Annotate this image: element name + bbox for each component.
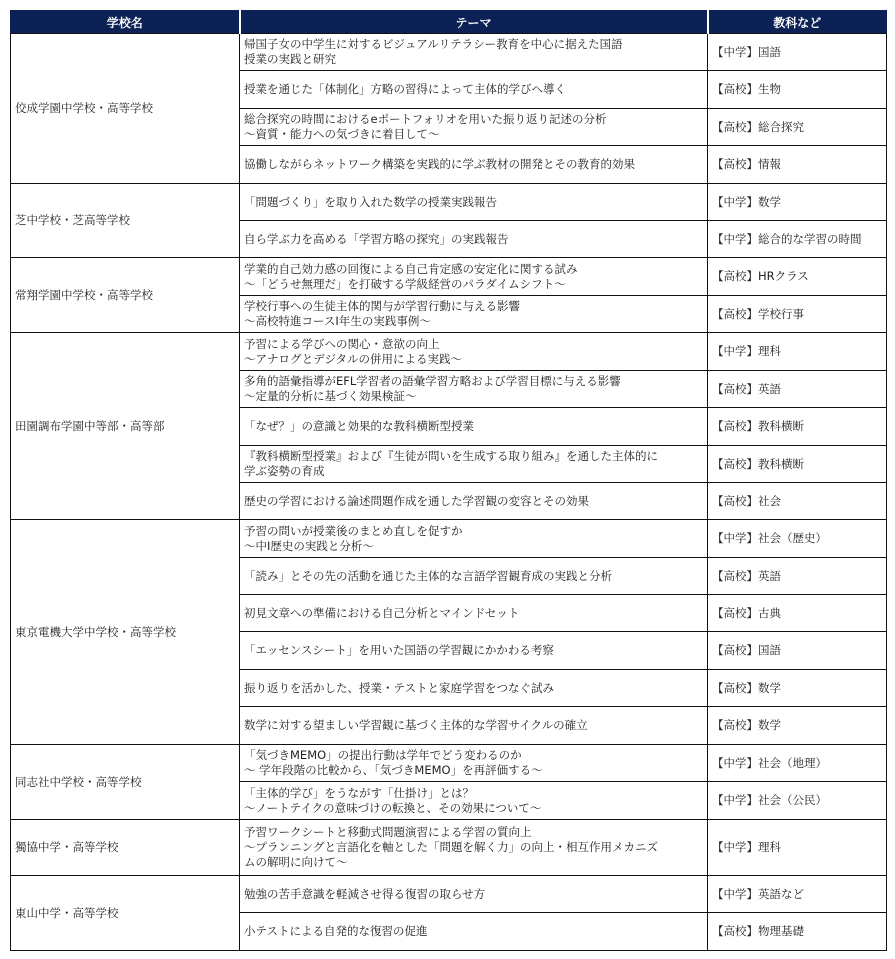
table-row: 佼成学園中学校・高等学校帰国子女の中学生に対するビジュアルリテラシー教育を中心に… <box>11 34 887 71</box>
school-name-cell: 獨協中学・高等学校 <box>11 820 240 876</box>
theme-cell: 「なぜ？」の意識と効果的な教科横断型授業 <box>240 408 708 446</box>
theme-cell: 「エッセンスシート」を用いた国語の学習観にかかわる考察 <box>240 632 708 670</box>
table-header-row: 学校名 テーマ 教科など <box>11 11 887 34</box>
theme-cell: 総合探究の時間におけるeポートフォリオを用いた振り返り記述の分析 ～資質・能力へ… <box>240 109 708 146</box>
school-name-cell: 東京電機大学中学校・高等学校 <box>11 520 240 745</box>
research-theme-table: 学校名 テーマ 教科など 佼成学園中学校・高等学校帰国子女の中学生に対するビジュ… <box>10 10 887 951</box>
theme-cell: 「主体的学び」をうながす「仕掛け」とは？ ～ノートテイクの意味づけの転換と、その… <box>240 782 708 820</box>
subject-cell: 【高校】物理基礎 <box>708 913 887 951</box>
subject-cell: 【中学】社会（公民） <box>708 782 887 820</box>
subject-cell: 【中学】英語など <box>708 876 887 913</box>
theme-cell: 予習による学びへの関心・意欲の向上 ～アナログとデジタルの併用による実践～ <box>240 333 708 371</box>
school-name-cell: 常翔学園中学校・高等学校 <box>11 258 240 333</box>
subject-cell: 【高校】英語 <box>708 558 887 595</box>
theme-cell: 数学に対する望ましい学習観に基づく主体的な学習サイクルの確立 <box>240 707 708 745</box>
theme-cell: 「読み」とその先の活動を通じた主体的な言語学習観育成の実践と分析 <box>240 558 708 595</box>
table-row: 東京電機大学中学校・高等学校予習の問いが授業後のまとめ直しを促すか ～中Ⅰ歴史の… <box>11 520 887 558</box>
subject-cell: 【高校】HRクラス <box>708 258 887 296</box>
subject-cell: 【高校】生物 <box>708 71 887 109</box>
subject-cell: 【中学】社会（歴史） <box>708 520 887 558</box>
subject-cell: 【中学】理科 <box>708 333 887 371</box>
school-name-cell: 東山中学・高等学校 <box>11 876 240 951</box>
table-body: 佼成学園中学校・高等学校帰国子女の中学生に対するビジュアルリテラシー教育を中心に… <box>11 34 887 951</box>
theme-cell: 学校行事への生徒主体的関与が学習行動に与える影響 ～高校特進コースⅠ年生の実践事… <box>240 296 708 333</box>
theme-cell: 学業的自己効力感の回復による自己肯定感の安定化に関する試み ～「どうせ無理だ」を… <box>240 258 708 296</box>
table-row: 同志社中学校・高等学校「気づきMEMO」の提出行動は学年でどう変わるのか ～ 学… <box>11 745 887 782</box>
subject-cell: 【高校】学校行事 <box>708 296 887 333</box>
subject-cell: 【中学】国語 <box>708 34 887 71</box>
table-row: 常翔学園中学校・高等学校 学業的自己効力感の回復による自己肯定感の安定化に関する… <box>11 258 887 296</box>
theme-cell: 「気づきMEMO」の提出行動は学年でどう変わるのか ～ 学年段階の比較から、「気… <box>240 745 708 782</box>
subject-cell: 【高校】情報 <box>708 146 887 184</box>
subject-cell: 【高校】古典 <box>708 595 887 632</box>
subject-cell: 【中学】数学 <box>708 184 887 221</box>
school-name-cell: 佼成学園中学校・高等学校 <box>11 34 240 184</box>
table-row: 芝中学校・芝高等学校「問題づくり」を取り入れた数学の授業実践報告【中学】数学 <box>11 184 887 221</box>
theme-cell: 小テストによる自発的な復習の促進 <box>240 913 708 951</box>
theme-cell: 初見文章への準備における自己分析とマインドセット <box>240 595 708 632</box>
theme-cell: 歴史の学習における論述問題作成を通した学習観の変容とその効果 <box>240 483 708 520</box>
subject-cell: 【高校】数学 <box>708 707 887 745</box>
theme-cell: 予習の問いが授業後のまとめ直しを促すか ～中Ⅰ歴史の実践と分析～ <box>240 520 708 558</box>
theme-cell: 振り返りを活かした、授業・テストと家庭学習をつなぐ試み <box>240 670 708 707</box>
subject-cell: 【中学】社会（地理） <box>708 745 887 782</box>
theme-cell: 「問題づくり」を取り入れた数学の授業実践報告 <box>240 184 708 221</box>
theme-cell: 予習ワークシートと移動式問題演習による学習の質向上 ～プランニングと言語化を軸と… <box>240 820 708 876</box>
theme-cell: 帰国子女の中学生に対するビジュアルリテラシー教育を中心に据えた国語 授業の実践と… <box>240 34 708 71</box>
subject-cell: 【高校】社会 <box>708 483 887 520</box>
subject-cell: 【高校】国語 <box>708 632 887 670</box>
theme-cell: 授業を通じた「体制化」方略の習得によって主体的学びへ導く <box>240 71 708 109</box>
subject-cell: 【中学】総合的な学習の時間 <box>708 221 887 258</box>
theme-cell: 自ら学ぶ力を高める「学習方略の探究」の実践報告 <box>240 221 708 258</box>
school-name-cell: 同志社中学校・高等学校 <box>11 745 240 820</box>
header-theme: テーマ <box>240 11 708 34</box>
subject-cell: 【高校】教科横断 <box>708 446 887 483</box>
school-name-cell: 芝中学校・芝高等学校 <box>11 184 240 258</box>
table-row: 東山中学・高等学校勉強の苦手意識を軽減させ得る復習の取らせ方【中学】英語など <box>11 876 887 913</box>
table-row: 獨協中学・高等学校予習ワークシートと移動式問題演習による学習の質向上 ～プランニ… <box>11 820 887 876</box>
theme-cell: 多角的語彙指導がEFL学習者の語彙学習方略および学習目標に与える影響 ～定量的分… <box>240 371 708 408</box>
school-name-cell: 田園調布学園中等部・高等部 <box>11 333 240 520</box>
subject-cell: 【高校】総合探究 <box>708 109 887 146</box>
table-row: 田園調布学園中等部・高等部予習による学びへの関心・意欲の向上 ～アナログとデジタ… <box>11 333 887 371</box>
theme-cell: 『教科横断型授業』および『生徒が問いを生成する取り組み』を通した主体的に 学ぶ姿… <box>240 446 708 483</box>
header-school: 学校名 <box>11 11 240 34</box>
subject-cell: 【高校】数学 <box>708 670 887 707</box>
theme-cell: 勉強の苦手意識を軽減させ得る復習の取らせ方 <box>240 876 708 913</box>
theme-cell: 協働しながらネットワーク構築を実践的に学ぶ教材の開発とその教育的効果 <box>240 146 708 184</box>
subject-cell: 【高校】教科横断 <box>708 408 887 446</box>
subject-cell: 【中学】理科 <box>708 820 887 876</box>
subject-cell: 【高校】英語 <box>708 371 887 408</box>
header-subject: 教科など <box>708 11 887 34</box>
